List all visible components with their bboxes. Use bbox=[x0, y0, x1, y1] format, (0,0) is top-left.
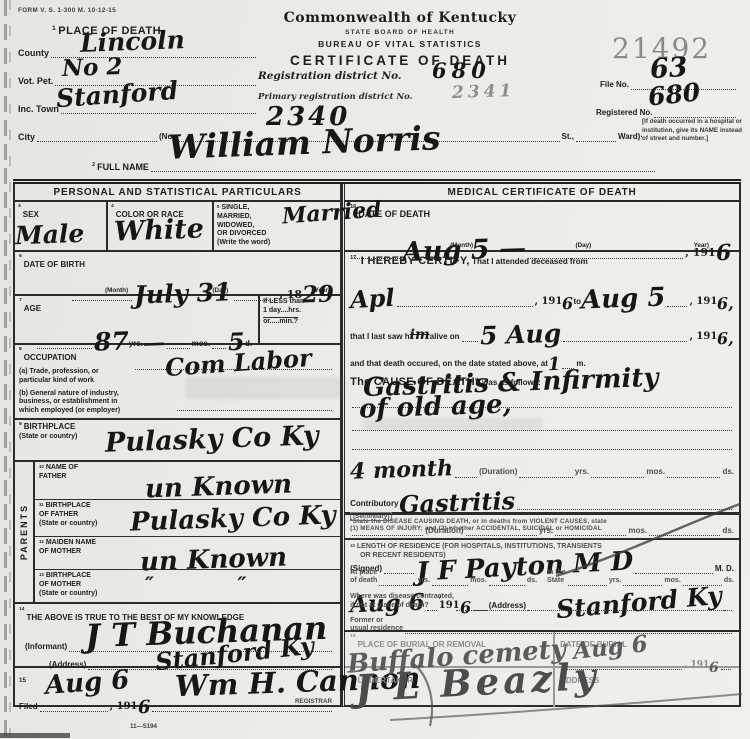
sex-race-marital-row: 3SEX Male 4COLOR OR RACE White 5SINGLE, … bbox=[15, 202, 340, 252]
informant-label: (Informant) bbox=[25, 642, 67, 652]
scan-edge-artifact bbox=[0, 733, 70, 738]
attended-to-year: 6, bbox=[717, 296, 734, 313]
full-name-label: 2FULL NAME bbox=[92, 162, 149, 172]
filed-date-value: Aug 6 bbox=[44, 667, 130, 699]
field-number: 19 bbox=[350, 634, 356, 639]
binding-marks-inner bbox=[9, 0, 11, 739]
votpet-value: No 2 bbox=[62, 55, 123, 80]
field-number: 13 bbox=[39, 572, 44, 577]
registered-no-label: Registered No. bbox=[596, 108, 652, 118]
city-label: City bbox=[18, 132, 35, 142]
registrar-caption: REGISTRAR bbox=[295, 698, 332, 705]
day-caption: (Day) bbox=[575, 242, 591, 249]
medical-section-header: MEDICAL CERTIFICATE OF DEATH bbox=[345, 184, 739, 202]
registered-no-value: 680 bbox=[647, 79, 702, 109]
pronoun-strike: im bbox=[410, 328, 430, 342]
board-subtitle: STATE BOARD OF HEALTH bbox=[240, 29, 560, 36]
field-number: 3 bbox=[18, 204, 21, 209]
registration-district-label: Registration district No. bbox=[258, 70, 402, 82]
state-header: Commonwealth of Kentucky STATE BOARD OF … bbox=[240, 10, 560, 68]
occupation-row: 8OCCUPATION (a) Trade, profession, or pa… bbox=[15, 345, 340, 420]
full-name-value: William Norris bbox=[168, 121, 441, 163]
year-caption: (Year) bbox=[313, 287, 331, 294]
field-number: 6 bbox=[19, 254, 22, 259]
day-caption: (Day) bbox=[212, 287, 228, 294]
field-number: 8 bbox=[19, 347, 22, 352]
age-main-cell: 7AGE 87 yrs. — mos. 5 d. bbox=[15, 296, 258, 343]
duration-value: 4 month bbox=[350, 457, 454, 483]
mother-birthplace-value: ″ ″ bbox=[145, 574, 246, 594]
erased-writing-smudge bbox=[185, 377, 345, 399]
field-number: 1 bbox=[52, 25, 56, 32]
year-caption: Year) bbox=[694, 242, 709, 249]
father-birthplace-row: 11BIRTHPLACEOF FATHER(State or country) … bbox=[35, 500, 340, 537]
last-saw-value: 5 Aug bbox=[479, 321, 561, 349]
county-label: County bbox=[18, 48, 49, 58]
field-number: 9 bbox=[19, 422, 22, 427]
attended-to-value: Aug 5 bbox=[581, 285, 666, 314]
attended-from-value: Apl bbox=[349, 286, 395, 312]
primary-district-value: 2341 bbox=[452, 83, 516, 102]
birthplace-value: Pulasky Co Ky bbox=[105, 422, 319, 456]
certificate-title: CERTIFICATE OF DEATH bbox=[240, 53, 560, 68]
filed-year-prefix: , 191 bbox=[110, 701, 138, 712]
attestation-row: 14THE ABOVE IS TRUE TO THE BEST OF MY KN… bbox=[15, 604, 340, 668]
votpet-label: Vot. Pet. bbox=[18, 76, 53, 86]
certificate-body: PERSONAL AND STATISTICAL PARTICULARS 3SE… bbox=[13, 179, 741, 707]
last-saw-year: 6, bbox=[717, 331, 734, 348]
field-number: 11 bbox=[39, 502, 44, 507]
attended-from-year: 6 bbox=[562, 296, 574, 312]
field-number: 4 bbox=[111, 204, 114, 209]
file-no-label: File No. bbox=[600, 80, 629, 90]
father-name-value: un Known bbox=[145, 471, 293, 502]
cause-footnote: *State the DISEASE CAUSING DEATH, or in … bbox=[345, 514, 739, 540]
month-caption: (Month) bbox=[450, 242, 473, 249]
filed-year-value: 6 bbox=[137, 699, 150, 717]
age-row: 7AGE 87 yrs. — mos. 5 d. bbox=[15, 296, 340, 345]
filed-label: Filed bbox=[19, 702, 38, 712]
form-number: FORM V. S. 1-300 M. 10-12-15 bbox=[18, 7, 116, 14]
field-number: 10 bbox=[39, 464, 44, 469]
filed-row: 15 Filed , 191 6 Aug 6 Wm H. Cannon REGI… bbox=[15, 668, 340, 706]
hospital-note: [If death occurred in a hospital or inst… bbox=[642, 118, 742, 144]
binding-marks bbox=[4, 0, 7, 739]
birthplace-row: 9BIRTHPLACE (State or country) Pulasky C… bbox=[15, 420, 340, 462]
registration-district-value: 680 bbox=[432, 60, 491, 81]
commonwealth-title: Commonwealth of Kentucky bbox=[240, 10, 560, 26]
undertaker-row: 20UNDERTAKER ADDRESS J L Beazly bbox=[345, 668, 739, 707]
race-value: White bbox=[114, 215, 205, 245]
field-number: 7 bbox=[19, 298, 22, 303]
field-number: 14 bbox=[19, 607, 25, 612]
marital-cell: 5SINGLE, MARRIED, WIDOWED, OR DIVORCED (… bbox=[214, 202, 340, 250]
residence-row: 18LENGTH OF RESIDENCE (FOR HOSPITALS, IN… bbox=[345, 540, 739, 632]
registration-district-line: Registration district No. bbox=[258, 70, 538, 82]
field-number: 2 bbox=[92, 162, 95, 168]
certification-block: 17 I HEREBY CERTIFY, That I attended dec… bbox=[345, 252, 739, 514]
inctown-label: Inc. Town bbox=[18, 104, 59, 114]
plate-number: 11—5194 bbox=[130, 723, 157, 730]
field-number: 18 bbox=[350, 543, 355, 548]
parents-vertical-label: PARENTS bbox=[15, 462, 35, 602]
county-value: Lincoln bbox=[80, 27, 186, 56]
field-number: 17 bbox=[350, 255, 356, 261]
death-certificate-scan: FORM V. S. 1-300 M. 10-12-15 1PLACE OF D… bbox=[0, 0, 750, 739]
field-number: 16 bbox=[350, 204, 356, 210]
age-less-cell: If LESS than 1 day....hrs. or.....min.? bbox=[258, 296, 340, 343]
faint-stamp-smudge bbox=[363, 418, 543, 430]
parents-block: PARENTS 10NAME OFFATHER un Known 11BIRTH… bbox=[15, 462, 340, 604]
occupation-a-value: Com Labor bbox=[164, 346, 312, 380]
father-name-row: 10NAME OFFATHER un Known bbox=[35, 462, 340, 500]
date-of-death-row: 16DATE OF DEATH Aug 5 — , 191 6 (Month) … bbox=[345, 202, 739, 252]
sex-value: Male bbox=[15, 221, 85, 248]
mother-birthplace-row: 13BIRTHPLACEOF MOTHER(State or country) … bbox=[35, 570, 340, 602]
field-number: 12 bbox=[39, 539, 44, 544]
date-of-birth-row: 6DATE OF BIRTH July 31 , 18 29 (Month) (… bbox=[15, 252, 340, 296]
field-number: 5 bbox=[217, 204, 219, 209]
father-birthplace-value: Pulasky Co Ky bbox=[130, 502, 336, 535]
primary-district-label: Primary registration district No. bbox=[258, 92, 413, 102]
street-label: St., bbox=[562, 132, 574, 142]
personal-column: PERSONAL AND STATISTICAL PARTICULARS 3SE… bbox=[13, 184, 342, 707]
ward-label: Ward)· bbox=[618, 132, 643, 142]
month-caption: (Month) bbox=[105, 287, 128, 294]
personal-section-header: PERSONAL AND STATISTICAL PARTICULARS bbox=[15, 184, 340, 202]
bureau-subtitle: BUREAU OF VITAL STATISTICS bbox=[240, 39, 560, 49]
race-cell: 4COLOR OR RACE White bbox=[108, 202, 214, 250]
medical-column: MEDICAL CERTIFICATE OF DEATH 16DATE OF D… bbox=[342, 184, 741, 707]
mother-maiden-row: 12MAIDEN NAMEOF MOTHER un Known bbox=[35, 537, 340, 570]
sex-cell: 3SEX Male bbox=[15, 202, 108, 250]
contributory-value: Gastritis bbox=[398, 489, 515, 517]
field-number: 15 bbox=[19, 677, 26, 684]
